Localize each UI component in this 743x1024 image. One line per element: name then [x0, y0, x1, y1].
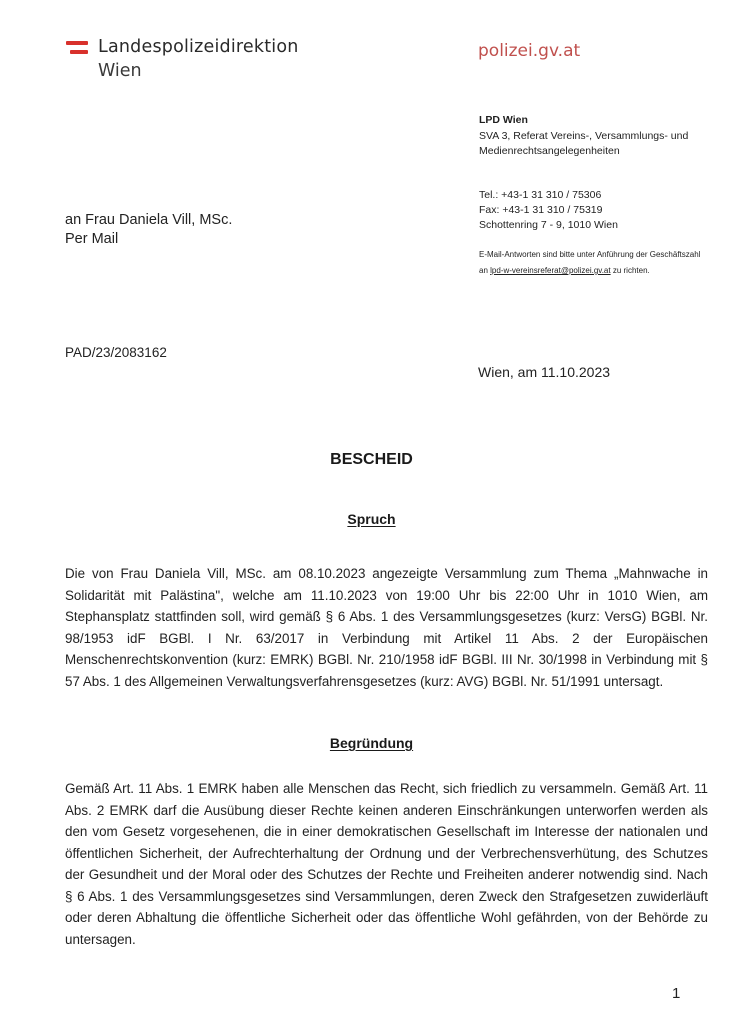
sender-address: Schottenring 7 - 9, 1010 Wien: [479, 217, 618, 233]
sender-organization: LPD Wien: [479, 112, 528, 128]
sender-department-line2: Medienrechtsangelegenheiten: [479, 143, 620, 159]
email-note-address: an lpd-w-vereinsreferat@polizei.gv.at zu…: [479, 265, 650, 277]
document-title: BESCHEID: [0, 451, 743, 469]
flag-stripe-bottom: [70, 50, 88, 54]
website-link[interactable]: polizei.gv.at: [478, 40, 580, 62]
sender-fax: Fax: +43-1 31 310 / 75319: [479, 202, 602, 218]
section-heading-text: Spruch: [347, 511, 395, 527]
page-number: 1: [672, 985, 680, 1002]
section-heading-spruch: Spruch: [0, 511, 743, 527]
sender-telephone: Tel.: +43-1 31 310 / 75306: [479, 187, 601, 203]
email-link[interactable]: lpd-w-vereinsreferat@polizei.gv.at: [490, 266, 610, 275]
recipient-delivery: Per Mail: [65, 230, 118, 249]
section-text-begruendung: Gemäß Art. 11 Abs. 1 EMRK haben alle Men…: [65, 778, 708, 950]
email-note-suffix: zu richten.: [613, 266, 650, 275]
section-heading-text: Begründung: [330, 735, 413, 751]
flag-stripe-top: [66, 41, 88, 45]
email-note-prefix: an: [479, 266, 488, 275]
reference-number: PAD/23/2083162: [65, 345, 167, 360]
austrian-flag-icon: [66, 40, 88, 56]
place-date: Wien, am 11.10.2023: [478, 364, 610, 380]
section-heading-begruendung: Begründung: [0, 735, 743, 751]
recipient-name: an Frau Daniela Vill, MSc.: [65, 211, 232, 230]
logo-title: Landespolizeidirektion: [98, 36, 299, 58]
email-note: E-Mail-Antworten sind bitte unter Anführ…: [479, 249, 700, 261]
section-text-spruch: Die von Frau Daniela Vill, MSc. am 08.10…: [65, 563, 708, 692]
logo-subtitle: Wien: [98, 60, 142, 82]
sender-department-line1: SVA 3, Referat Vereins-, Versammlungs- u…: [479, 128, 688, 144]
